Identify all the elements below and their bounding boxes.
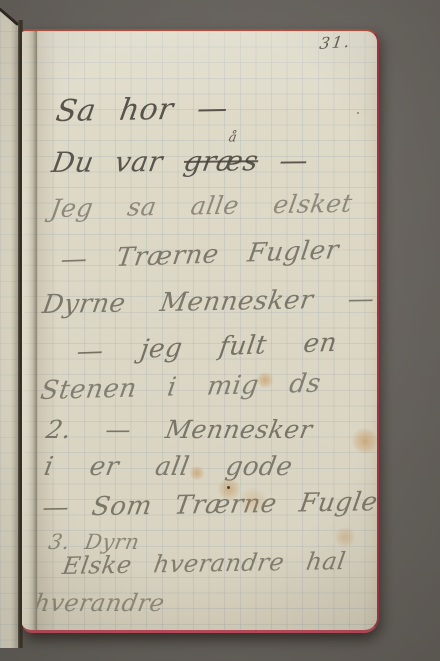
handwriting-line-2: Du var ågræs — — [49, 144, 311, 179]
notebook: 31. Sa hor — Du var ågræs — Jeg sa alle … — [22, 29, 379, 633]
foxing-stain — [351, 428, 377, 454]
foxing-stain — [189, 466, 205, 480]
handwriting-line-3: Jeg sa alle elsket — [48, 189, 354, 223]
handwriting-line-12: Elske hverandre hal — [61, 547, 348, 580]
handwriting-line-7: Stenen i mig ds — [38, 369, 322, 406]
page-number: 31. — [318, 32, 353, 53]
left-page-sliver — [0, 0, 19, 648]
handwriting-line-10: — Som Trærne Fugler — [40, 487, 377, 523]
handwriting-line-1: Sa hor — — [53, 91, 230, 129]
foxing-stain — [237, 488, 269, 514]
ink-speck — [227, 486, 230, 489]
handwriting-line-5: Dyrne Mennesker — — [40, 284, 377, 320]
foxing-stain — [256, 372, 274, 388]
inserted-letter: å — [227, 130, 238, 145]
handwriting-line-6: — jeg fult en — [75, 328, 339, 367]
handwriting-line-9: i er all gode — [42, 452, 295, 482]
handwriting-line-8: 2. — Mennesker — [44, 415, 315, 444]
ink-speck — [357, 112, 359, 114]
foxing-stain — [334, 527, 356, 547]
handwriting-line-13: hverandre — [37, 589, 167, 617]
notebook-photo: 31. Sa hor — Du var ågræs — Jeg sa alle … — [0, 0, 440, 661]
line2-suffix: — — [277, 144, 311, 177]
notebook-page: 31. Sa hor — Du var ågræs — Jeg sa alle … — [37, 31, 377, 630]
inner-page-curl — [22, 31, 37, 630]
line2-prefix: Du var — [49, 145, 165, 179]
struck-word-wrap: ågræs — [181, 144, 261, 178]
handwriting-line-4: — Trærne Fugler — [59, 235, 341, 275]
struck-word: græs — [181, 144, 261, 178]
